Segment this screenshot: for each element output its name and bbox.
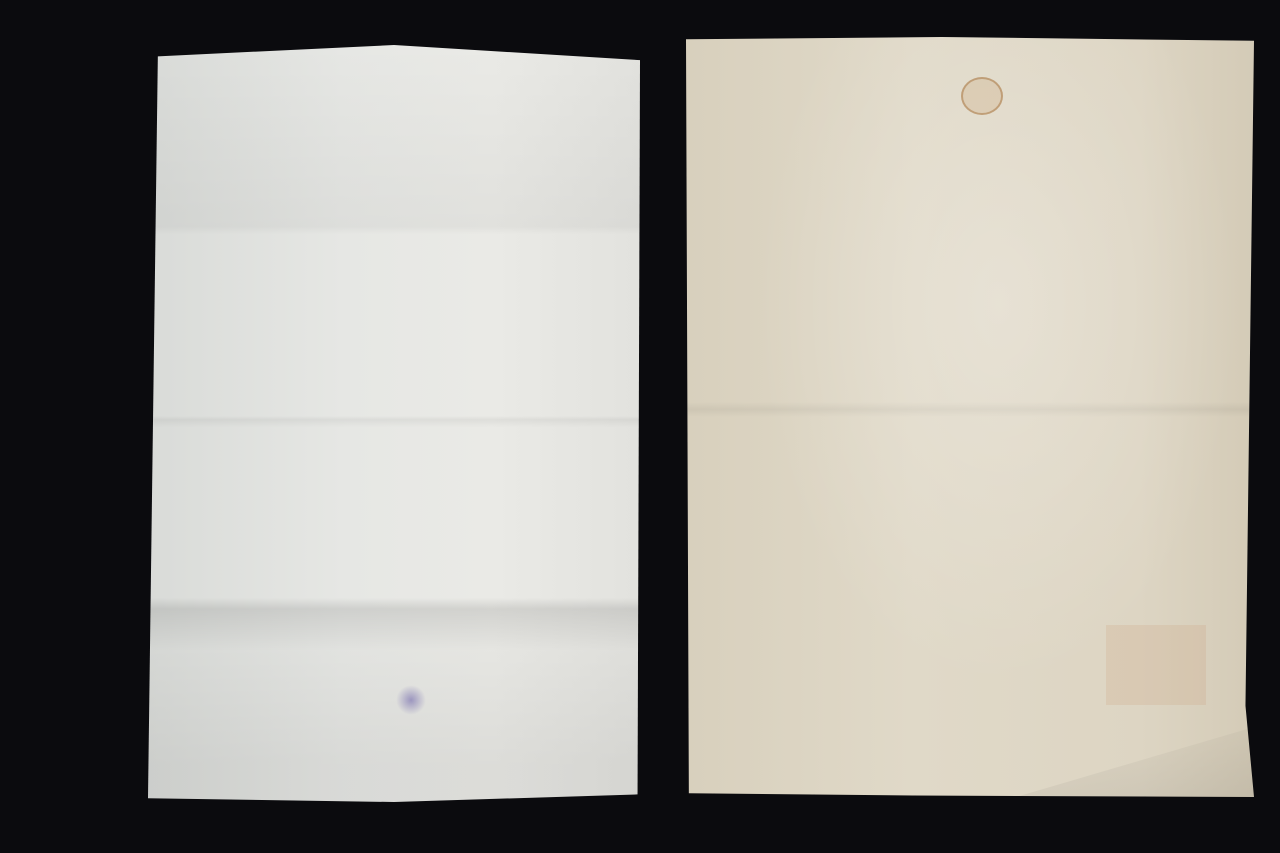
stain-mark	[961, 77, 1003, 115]
left-paper-sheet	[148, 45, 640, 802]
folded-corner	[1016, 727, 1254, 797]
right-paper-sheet	[686, 37, 1254, 797]
faded-stamp	[1106, 625, 1206, 705]
ink-spot	[396, 685, 426, 715]
